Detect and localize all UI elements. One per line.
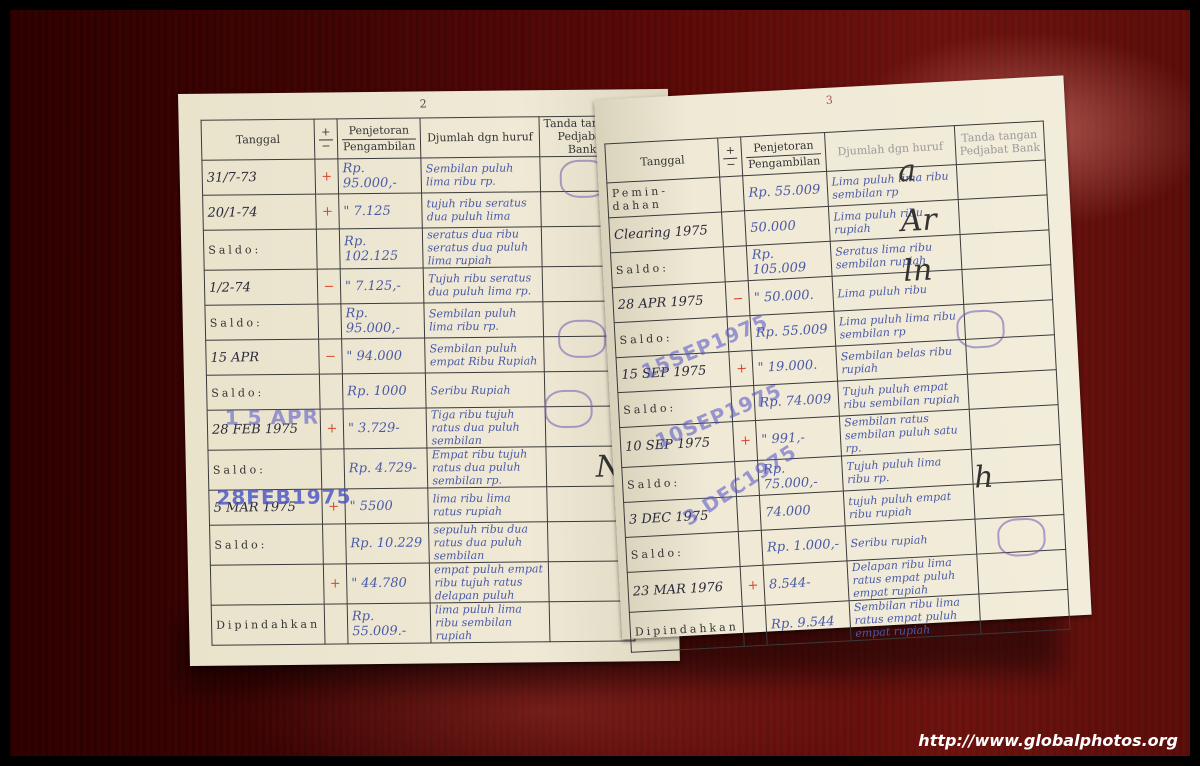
row-date: 28 APR 1975: [612, 282, 727, 323]
row-amount: " 94.000: [342, 338, 426, 374]
photo-background: 2 Tanggal +− PenjetoranPengambilan Djuml…: [10, 10, 1190, 756]
row-date: Saldo:: [205, 304, 319, 340]
row-amount: " 19.000.: [752, 346, 837, 385]
watermark-url[interactable]: http://www.globalphotos.org: [918, 731, 1178, 750]
row-date: Saldo:: [614, 317, 729, 358]
ledger-row: +" 44.780empat puluh empat ribu tujuh ra…: [210, 561, 634, 605]
row-words: Sembilan puluh lima ribu rp.: [421, 157, 540, 193]
ledger-row: Saldo:Rp. 102.125seratus dua ribu seratu…: [203, 226, 627, 270]
row-signature: [958, 195, 1049, 235]
row-date: Saldo:: [210, 524, 324, 565]
row-date: 10 SEP 1975: [620, 422, 735, 468]
row-words: Seribu Rupiah: [426, 372, 545, 408]
row-date: 15 SEP 1975: [616, 352, 731, 393]
row-sign: +: [741, 565, 766, 606]
row-amount: " 44.780: [346, 563, 430, 604]
row-date: 28 FEB 1975: [207, 409, 321, 450]
row-words: empat puluh empat ribu tujuh ratus delap…: [430, 562, 549, 603]
ledger-row: 20/1-74+" 7.125tujuh ribu seratus dua pu…: [203, 191, 627, 230]
row-amount: Rp. 105.009: [747, 241, 832, 280]
row-sign: +: [733, 420, 758, 461]
row-date: Saldo:: [618, 387, 733, 428]
col-amount: PenjetoranPengambilan: [337, 118, 421, 159]
row-date: Saldo:: [611, 247, 726, 288]
col-signature: Tanda tangan Pedjabat Bank: [954, 121, 1045, 165]
row-date: Dipindahkan: [629, 606, 744, 652]
row-words: Delapan ribu lima ratus empat puluh empa…: [847, 554, 979, 601]
row-sign: [720, 176, 745, 212]
row-amount: " 991,-: [756, 416, 842, 460]
row-amount: Rp. 55.009.-: [347, 603, 431, 644]
row-signature: [961, 265, 1052, 305]
row-amount: Rp. 10.229: [345, 523, 429, 564]
row-amount: " 5500: [345, 488, 429, 524]
row-sign: [321, 449, 345, 489]
row-amount: " 50.000.: [749, 276, 834, 315]
row-date: 20/1-74: [203, 194, 317, 230]
row-sign: [727, 316, 752, 352]
row-amount: Rp. 74.009: [754, 381, 839, 420]
row-amount: " 7.125,-: [340, 268, 424, 304]
ledger-table-left: Tanggal +− PenjetoranPengambilan Djumlah…: [201, 115, 636, 645]
row-date: Dipindahkan: [211, 604, 325, 645]
row-date: 23 MAR 1976: [627, 566, 742, 612]
ledger-row: 15 APR−" 94.000Sembilan puluh empat Ribu…: [206, 336, 630, 375]
row-sign: [322, 524, 346, 564]
row-date: 5 MAR 1975: [209, 489, 323, 525]
col-sign: +−: [718, 137, 743, 177]
row-amount: Rp. 1.000,-: [762, 526, 847, 565]
row-sign: [737, 495, 762, 531]
row-sign: [724, 246, 749, 282]
col-amount: PenjetoranPengambilan: [741, 132, 827, 175]
col-date: Tanggal: [605, 138, 720, 183]
row-signature: [973, 480, 1064, 520]
row-date: 31/7-73: [202, 159, 316, 195]
row-words: Tujuh ribu seratus dua puluh lima rp.: [423, 267, 542, 303]
row-words: Sembilan puluh empat Ribu Rupiah: [425, 337, 544, 373]
row-amount: 8.544-: [763, 561, 849, 605]
row-sign: −: [726, 281, 751, 317]
row-sign: −: [319, 339, 343, 374]
row-date: Saldo:: [206, 374, 320, 410]
row-amount: 50.000: [745, 206, 830, 245]
row-amount: Rp. 55.009: [750, 311, 835, 350]
row-sign: +: [322, 489, 346, 524]
row-sign: +: [323, 564, 347, 604]
row-sign: [735, 460, 760, 496]
ledger-row: Saldo:Rp. 4.729-Empat ribu tujuh ratus d…: [208, 446, 632, 490]
row-signature: [975, 514, 1066, 554]
page-number: 3: [594, 81, 1064, 119]
row-sign: [318, 304, 342, 339]
row-amount: 74.000: [760, 491, 845, 530]
row-signature: [965, 335, 1056, 375]
ledger-row: 28 FEB 1975+" 3.729-Tiga ribu tujuh ratu…: [207, 406, 631, 450]
row-amount: Rp. 95.000,-: [338, 158, 422, 194]
row-sign: +: [316, 194, 340, 229]
row-sign: [743, 605, 768, 646]
row-signature: [971, 445, 1062, 485]
ledger-row: Saldo:Rp. 10.229sepuluh ribu dua ratus d…: [210, 521, 634, 565]
ledger-row: Saldo:Rp. 1000Seribu Rupiah: [206, 371, 630, 410]
row-words: tujuh ribu seratus dua puluh lima: [422, 192, 541, 228]
row-signature: [963, 300, 1054, 340]
row-words: lima puluh lima ribu sembilan rupiah: [430, 602, 549, 643]
ledger-table-right: Tanggal +− PenjetoranPengambilan Djumlah…: [604, 120, 1070, 652]
row-sign: [739, 530, 764, 566]
row-sign: [324, 604, 348, 644]
row-amount: Rp. 102.125: [339, 228, 423, 269]
row-date: Clearing 1975: [609, 212, 724, 253]
row-date: [210, 564, 324, 605]
row-amount: Rp. 1000: [342, 373, 426, 409]
ledger-row: DipindahkanRp. 55.009.-lima puluh lima r…: [211, 601, 635, 645]
row-date: Pemin-dahan: [607, 177, 722, 218]
row-words: seratus dua ribu seratus dua puluh lima …: [423, 227, 542, 268]
passbook-right-page: 3 Tanggal +− PenjetoranPengambilan Djuml…: [594, 75, 1092, 639]
row-signature: [960, 230, 1051, 270]
row-words: Sembilan ribu lima ratus empat puluh emp…: [849, 594, 981, 641]
row-sign: [316, 229, 340, 269]
row-sign: [731, 386, 756, 422]
row-words: Tiga ribu tujuh ratus dua puluh sembilan: [426, 407, 545, 448]
col-sign: +−: [314, 119, 338, 159]
row-words: Sembilan ratus sembilan puluh satu rp.: [839, 409, 971, 456]
row-amount: Rp. 9.544: [766, 601, 852, 645]
row-sign: +: [320, 409, 344, 449]
row-date: Saldo:: [203, 229, 317, 270]
row-signature: [956, 160, 1047, 200]
row-amount: " 3.729-: [343, 408, 427, 449]
ledger-row: 1/2-74−" 7.125,-Tujuh ribu seratus dua p…: [204, 266, 628, 305]
row-amount: Rp. 75.000,-: [758, 456, 843, 495]
ledger-row: 31/7-73+Rp. 95.000,-Sembilan puluh lima …: [202, 156, 626, 195]
row-amount: " 7.125: [339, 193, 423, 229]
col-words: Djumlah dgn huruf: [825, 126, 956, 172]
row-amount: Rp. 4.729-: [344, 448, 428, 489]
row-sign: +: [315, 159, 339, 194]
row-signature: [969, 405, 1060, 450]
row-signature: [976, 549, 1067, 594]
row-sign: [722, 211, 747, 247]
row-words: lima ribu lima ratus rupiah: [428, 487, 547, 523]
row-sign: +: [729, 351, 754, 387]
row-date: 1/2-74: [204, 269, 318, 305]
col-words: Djumlah dgn huruf: [420, 117, 539, 158]
row-sign: [319, 374, 343, 409]
row-date: 3 DEC 1975: [624, 497, 739, 538]
col-date: Tanggal: [201, 119, 315, 160]
row-sign: −: [317, 269, 341, 304]
row-date: Saldo:: [625, 532, 740, 573]
row-amount: Rp. 95.000,-: [341, 303, 425, 339]
row-words: sepuluh ribu dua ratus dua puluh sembila…: [429, 522, 548, 563]
row-words: Sembilan puluh lima ribu rp.: [424, 302, 543, 338]
row-signature: [967, 370, 1058, 410]
ledger-row: Saldo:Rp. 95.000,-Sembilan puluh lima ri…: [205, 301, 629, 340]
row-amount: Rp. 55.009: [743, 171, 828, 210]
row-signature: [978, 589, 1069, 634]
row-date: Saldo:: [622, 462, 737, 503]
row-date: 15 APR: [206, 339, 320, 375]
ledger-row: 5 MAR 1975+" 5500lima ribu lima ratus ru…: [209, 486, 633, 525]
row-words: Empat ribu tujuh ratus dua puluh sembila…: [427, 447, 546, 488]
row-date: Saldo:: [208, 449, 322, 490]
